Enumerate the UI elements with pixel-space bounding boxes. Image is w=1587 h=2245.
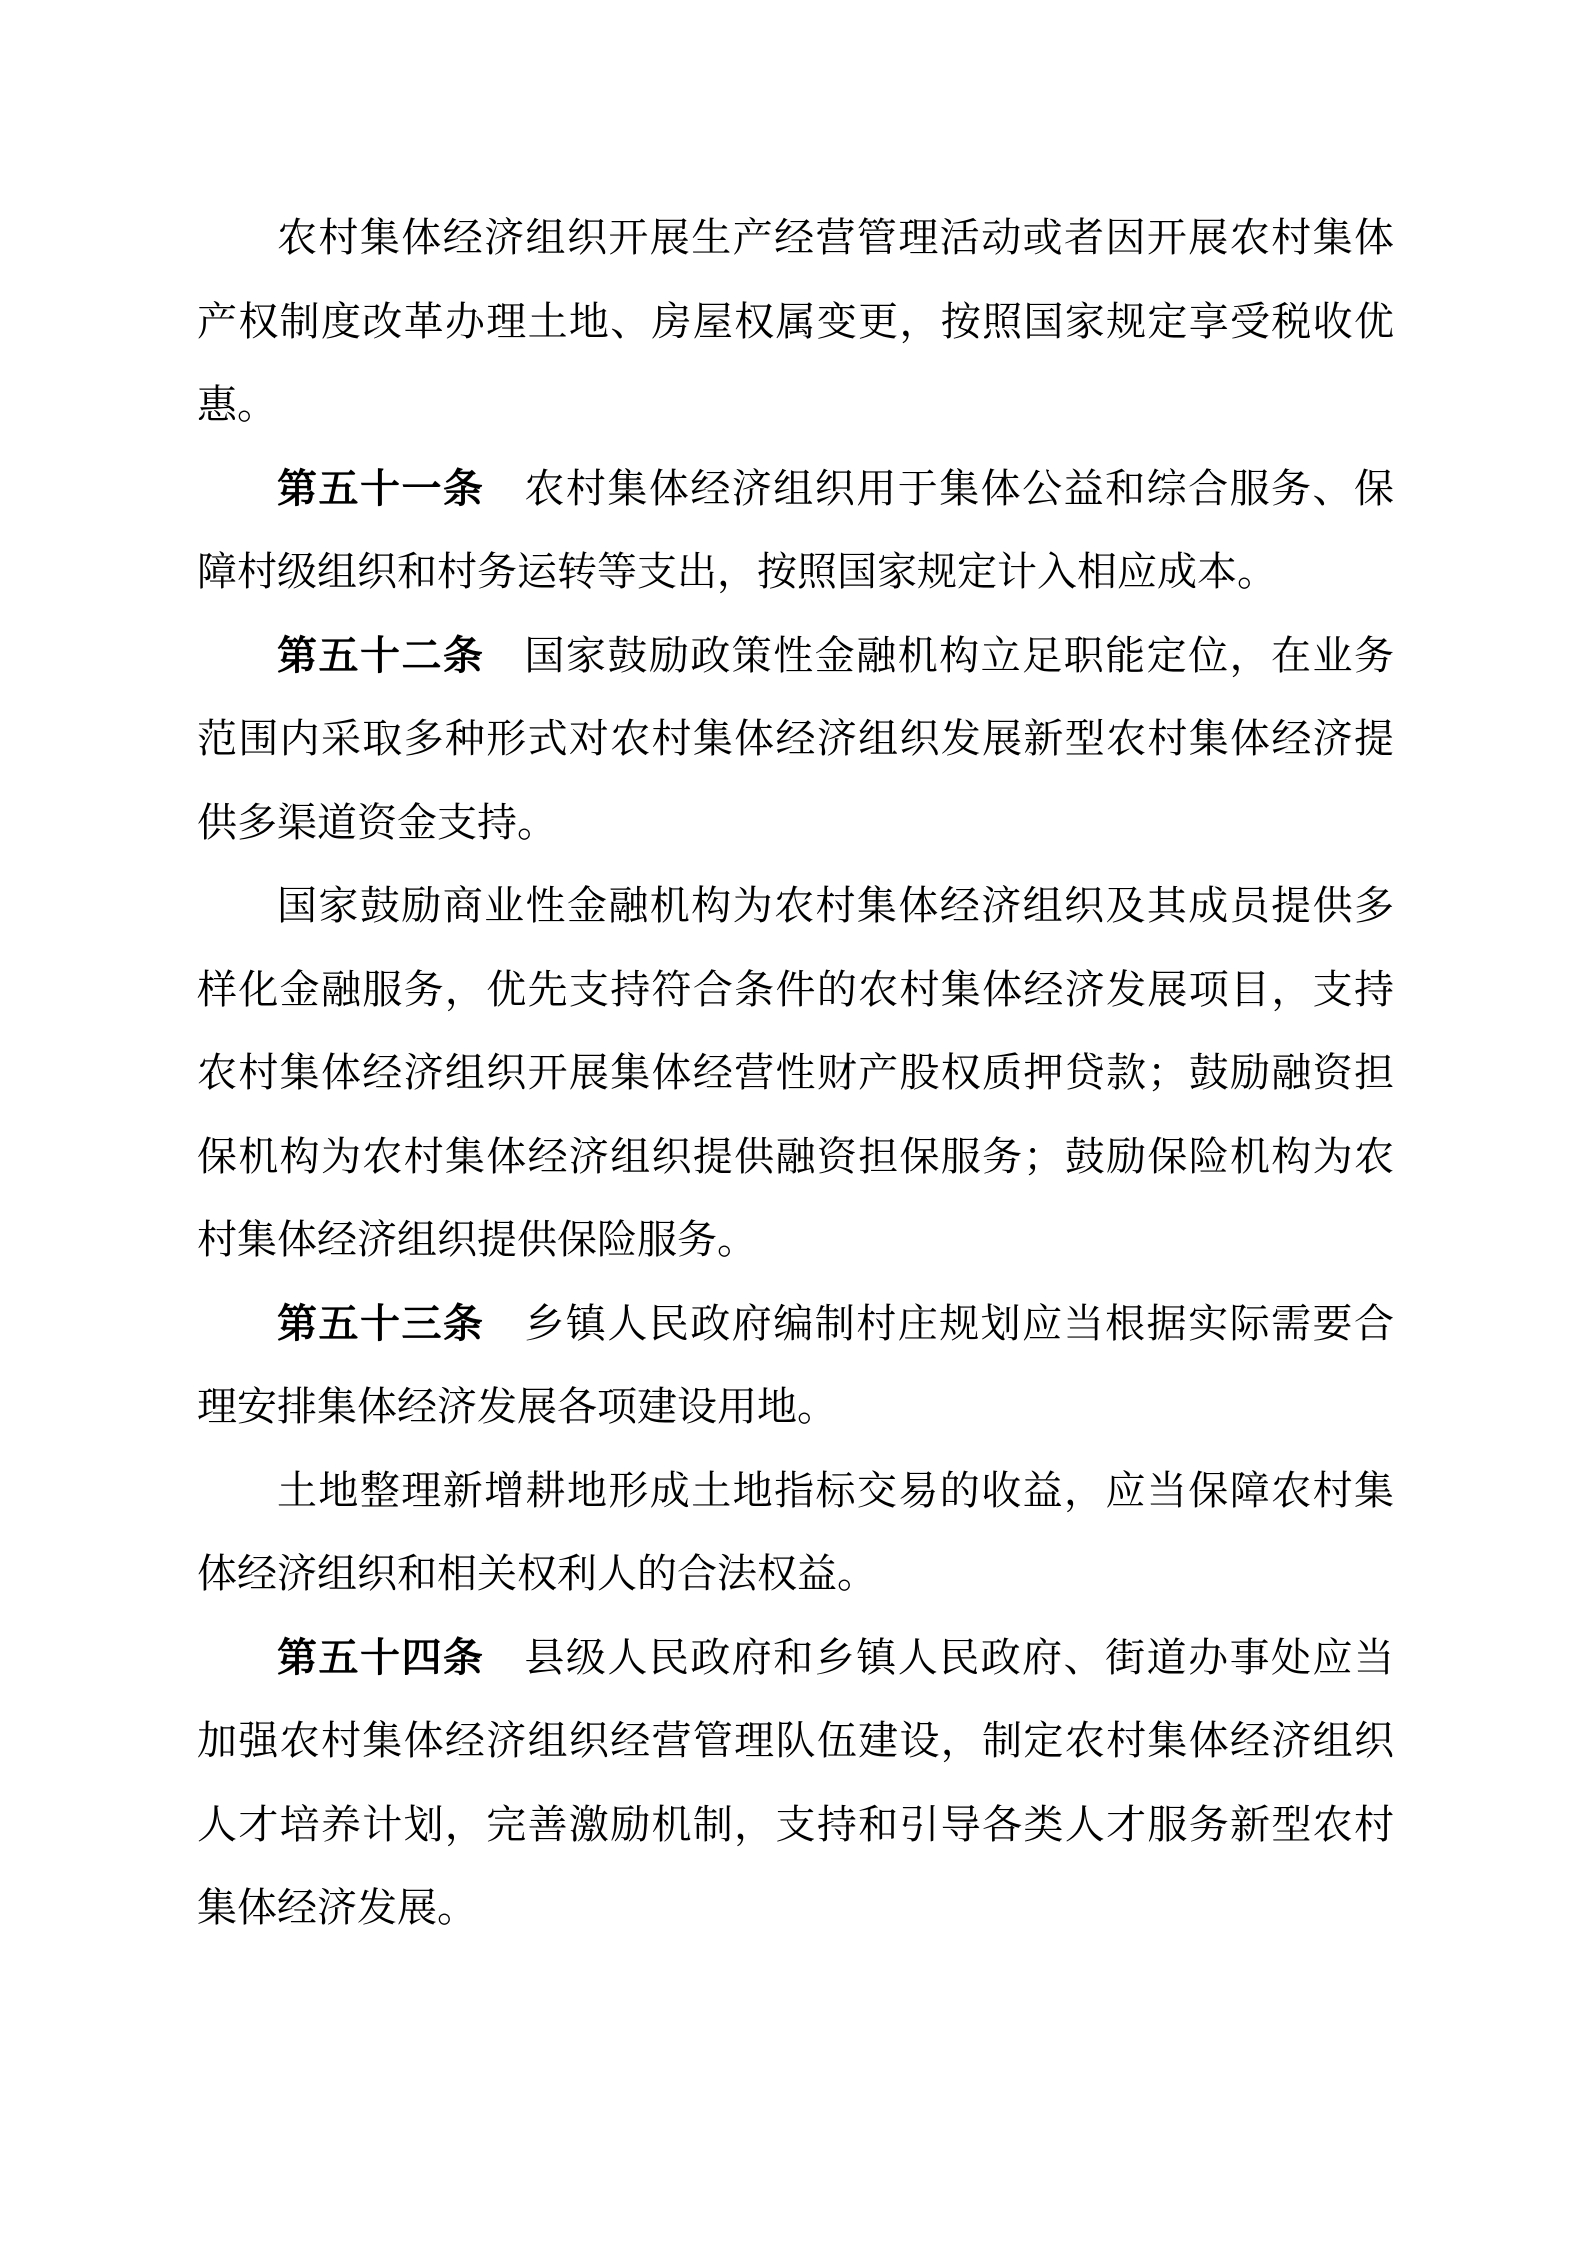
article-number: 第五十一条	[277, 466, 484, 511]
paragraph-text: 土地整理新增耕地形成土地指标交易的收益，应当保障农村集体经济组织和相关权利人的合…	[197, 1468, 1394, 1597]
paragraph-commercial-finance: 国家鼓励商业性金融机构为农村集体经济组织及其成员提供多样化金融服务，优先支持符合…	[197, 864, 1394, 1282]
paragraph-article-53: 第五十三条乡镇人民政府编制村庄规划应当根据实际需要合理安排集体经济发展各项建设用…	[197, 1282, 1394, 1449]
paragraph-article-51: 第五十一条农村集体经济组织用于集体公益和综合服务、保障村级组织和村务运转等支出，…	[197, 447, 1394, 614]
paragraph-land-consolidation: 土地整理新增耕地形成土地指标交易的收益，应当保障农村集体经济组织和相关权利人的合…	[197, 1449, 1394, 1616]
article-number: 第五十四条	[277, 1635, 484, 1680]
paragraph-tax-benefit: 农村集体经济组织开展生产经营管理活动或者因开展农村集体产权制度改革办理土地、房屋…	[197, 196, 1394, 447]
paragraph-article-52: 第五十二条国家鼓励政策性金融机构立足职能定位，在业务范围内采取多种形式对农村集体…	[197, 614, 1394, 865]
article-number: 第五十三条	[277, 1301, 484, 1346]
paragraph-text: 农村集体经济组织开展生产经营管理活动或者因开展农村集体产权制度改革办理土地、房屋…	[197, 215, 1394, 427]
paragraph-text: 国家鼓励商业性金融机构为农村集体经济组织及其成员提供多样化金融服务，优先支持符合…	[197, 883, 1394, 1262]
document-page: 农村集体经济组织开展生产经营管理活动或者因开展农村集体产权制度改革办理土地、房屋…	[0, 0, 1587, 2245]
article-number: 第五十二条	[277, 633, 484, 678]
paragraph-article-54: 第五十四条县级人民政府和乡镇人民政府、街道办事处应当加强农村集体经济组织经营管理…	[197, 1616, 1394, 1950]
